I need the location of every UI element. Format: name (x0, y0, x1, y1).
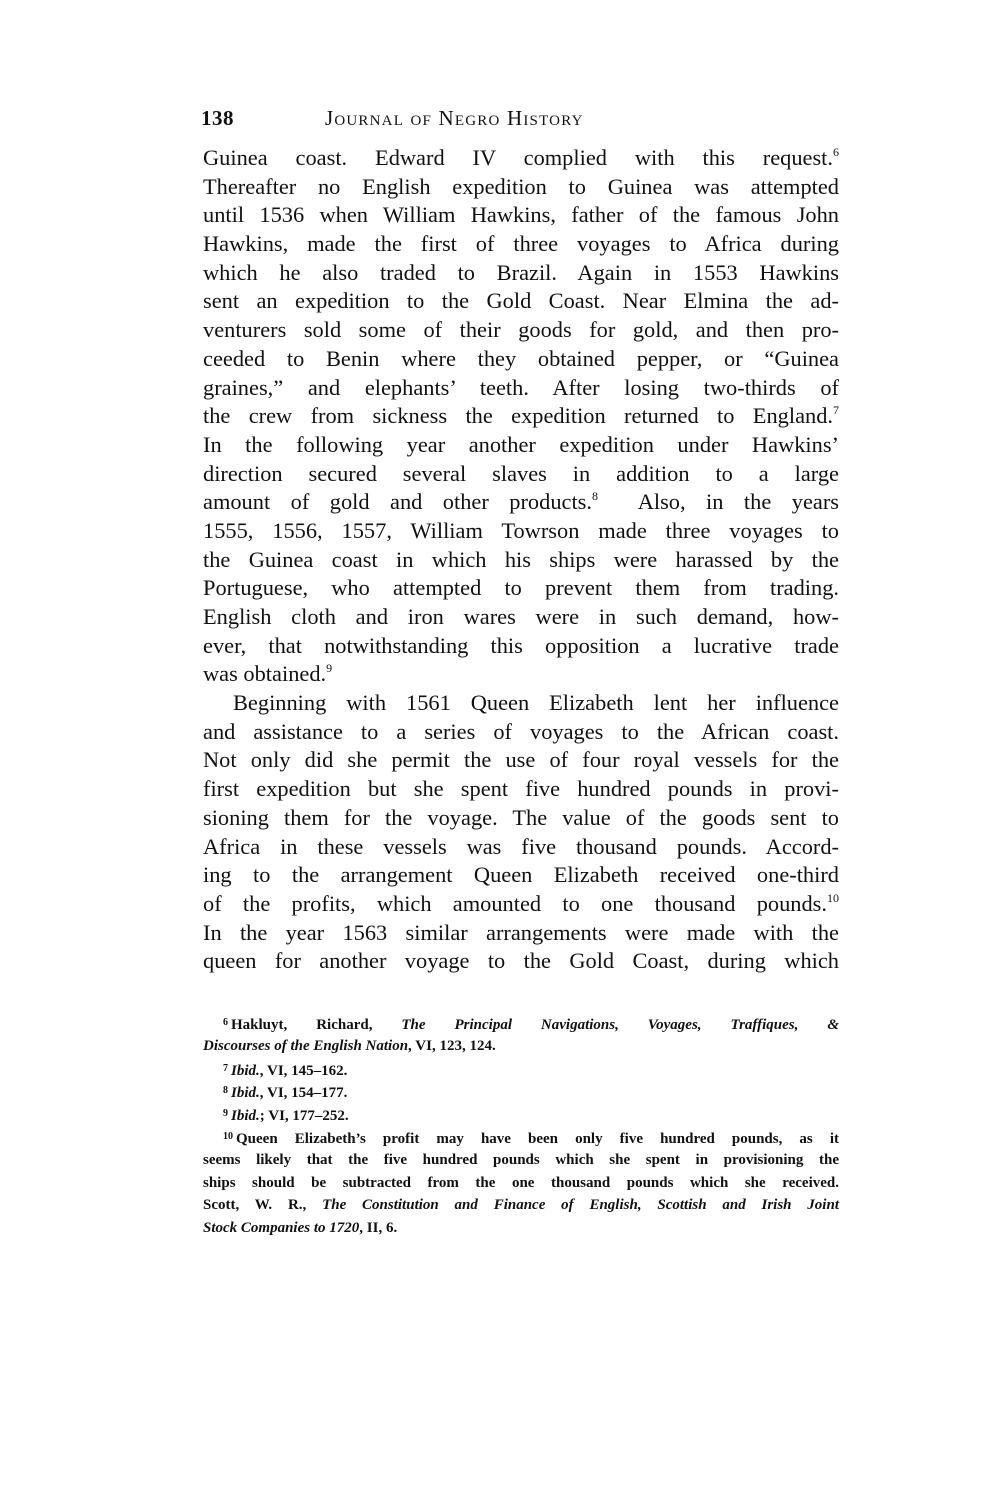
footnote-9: 9Ibid.; VI, 177–252. (203, 1103, 839, 1126)
text-line: Beginning with 1561 Queen Elizabeth lent… (203, 689, 839, 718)
text-line: ceeded to Benin where they obtained pepp… (203, 345, 839, 374)
text-line: Thereafter no English expedition to Guin… (203, 173, 839, 202)
footnote-6-title: The Principal Navigations, Voyages, Traf… (401, 1017, 839, 1033)
text-line: and assistance to a series of voyages to… (203, 718, 839, 747)
text-line: queen for another voyage to the Gold Coa… (203, 947, 839, 976)
text-line: which he also traded to Brazil. Again in… (203, 259, 839, 288)
footnote-10-cont: Stock Companies to 1720, II, 6. (203, 1217, 839, 1240)
text-line: Guinea coast. Edward IV complied with th… (203, 144, 839, 173)
footnote-6-cont: Discourses of the English Nation, VI, 12… (203, 1035, 839, 1058)
text-line: sent an expedition to the Gold Coast. Ne… (203, 287, 839, 316)
text-line: English cloth and iron wares were in suc… (203, 603, 839, 632)
text-line: of the profits, which amounted to one th… (203, 890, 839, 919)
text-line: amount of gold and other products.8 Also… (203, 488, 839, 517)
footnote-10: 10Queen Elizabeth’s profit may have been… (203, 1126, 839, 1149)
footnotes: 6Hakluyt, Richard, The Principal Navigat… (203, 1012, 839, 1240)
footnote-ref: 7 (833, 403, 839, 417)
text-line: 1555, 1556, 1557, William Towrson made t… (203, 517, 839, 546)
page-number: 138 (201, 106, 234, 131)
footnote-ref: 10 (827, 891, 839, 905)
text-line: Africa in these vessels was five thousan… (203, 833, 839, 862)
footnote-10-cont: Scott, W. R., The Constitution and Finan… (203, 1194, 839, 1217)
footnote-8: 8Ibid., VI, 154–177. (203, 1080, 839, 1103)
text-line: until 1536 when William Hawkins, father … (203, 201, 839, 230)
footnote-7: 7Ibid., VI, 145–162. (203, 1058, 839, 1081)
text-line: first expedition but she spent five hund… (203, 775, 839, 804)
body-text: Guinea coast. Edward IV complied with th… (203, 144, 839, 976)
text-line: venturers sold some of their goods for g… (203, 316, 839, 345)
footnote-6: 6Hakluyt, Richard, The Principal Navigat… (203, 1012, 839, 1035)
text-line: sioning them for the voyage. The value o… (203, 804, 839, 833)
text-line: graines,” and elephants’ teeth. After lo… (203, 374, 839, 403)
journal-title: Journal of Negro History (325, 106, 584, 131)
running-head: 138 Journal of Negro History (203, 106, 839, 136)
text-line: the Guinea coast in which his ships were… (203, 546, 839, 575)
footnote-10-cont: ships should be subtracted from the one … (203, 1172, 839, 1195)
text-line: In the year 1563 similar arrangements we… (203, 919, 839, 948)
text-line: In the following year another expedition… (203, 431, 839, 460)
text-line: ing to the arrangement Queen Elizabeth r… (203, 861, 839, 890)
footnote-ref: 9 (326, 661, 332, 675)
text-line: ever, that notwithstanding this oppositi… (203, 632, 839, 661)
text-line: the crew from sickness the expedition re… (203, 402, 839, 431)
text-line: Not only did she permit the use of four … (203, 746, 839, 775)
text-line: direction secured several slaves in addi… (203, 460, 839, 489)
text-line: was obtained.9 (203, 660, 839, 689)
footnote-ref: 6 (833, 145, 839, 159)
text-line: Hawkins, made the first of three voyages… (203, 230, 839, 259)
text-line: Portuguese, who attempted to prevent the… (203, 574, 839, 603)
footnote-10-cont: seems likely that the five hundred pound… (203, 1149, 839, 1172)
